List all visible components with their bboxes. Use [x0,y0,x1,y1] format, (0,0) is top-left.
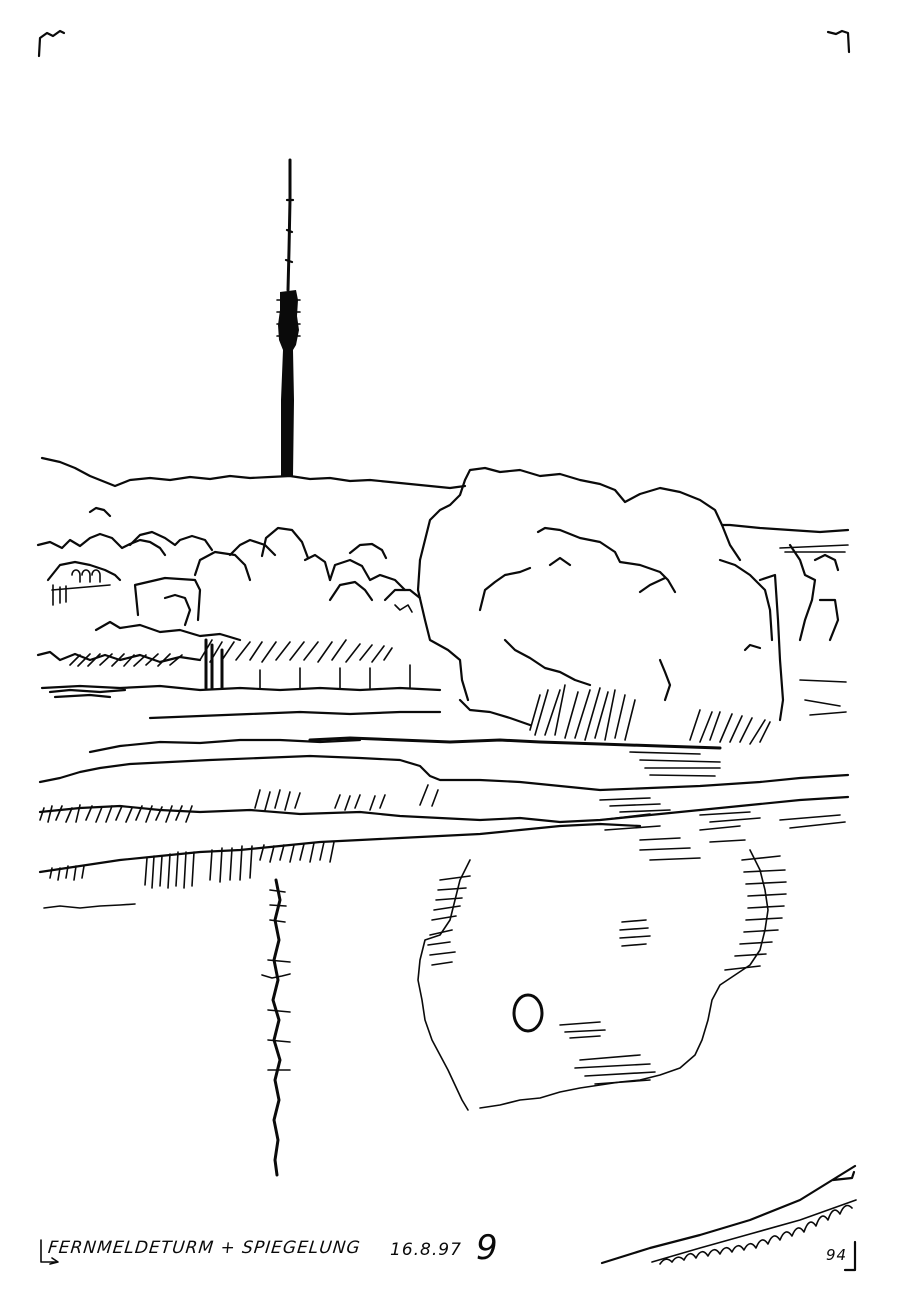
page-number: 94 [826,1246,847,1264]
tree-group-right [418,468,848,744]
sketch-title: FERNMELDETURM + SPIEGELUNG [47,1238,362,1258]
sketch-date: 16.8.97 [390,1240,462,1260]
ink-sketch [0,0,900,1303]
tree-reflection [418,814,786,1110]
sketch-number: 9 [476,1228,499,1268]
tower-reflection [262,880,290,1175]
village-left [38,508,440,697]
hill-outline [42,458,465,488]
crop-mark-top-right [828,31,849,52]
meadow-banks [40,712,848,908]
crop-mark-top-left [39,31,64,56]
margin-doodle [602,1166,856,1270]
tv-tower [277,160,300,476]
